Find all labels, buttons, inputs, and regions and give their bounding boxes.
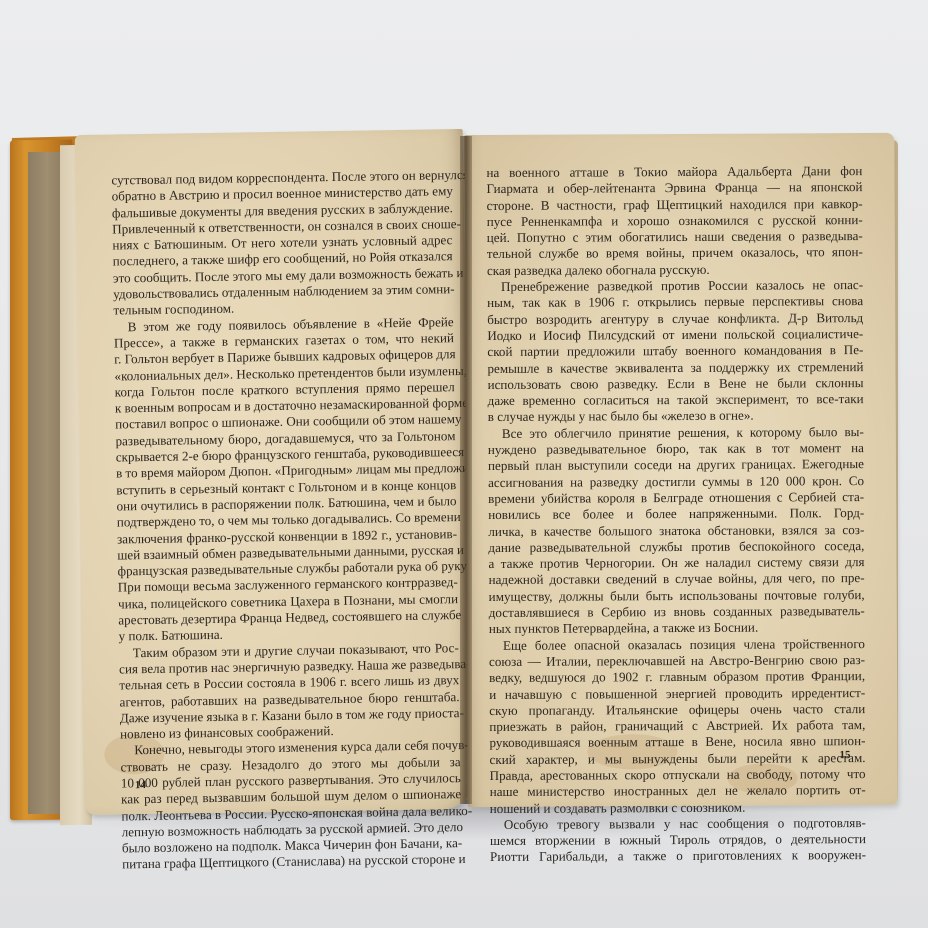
text-line: стороне. В частности, граф Щептицкий нах…: [487, 196, 863, 214]
text-line: наше министерство иностранных дел не жел…: [490, 782, 866, 800]
text-line: и начавшую с повышенной энергией проводи…: [489, 685, 865, 703]
text-line: Особую тревогу вызвали у нас сообщения о…: [490, 815, 866, 833]
text-line: Правда, арестованных скоро отпускали на …: [490, 766, 866, 784]
text-line: ская разведка далеко обогнала русскую.: [487, 261, 863, 279]
text-line: дание разведывательной службы против бес…: [488, 538, 864, 556]
text-line: ремышле в качестве эквивалента за поддер…: [487, 359, 863, 377]
text-line: шемся вторжении в южный Тироль отрядов, …: [490, 831, 866, 849]
text-line: ведку, ведшуюся до 1902 г. главным образ…: [489, 668, 865, 686]
text-line: личка, в качестве большого знатока обста…: [488, 522, 864, 540]
text-line: доставлявшиеся в Сербию из вновь созданн…: [489, 603, 865, 621]
right-page: на военного атташе в Токио майора Адальб…: [464, 133, 898, 807]
page-number-left: 14: [135, 779, 146, 791]
book-gutter: [460, 136, 472, 804]
text-line: тельной службе во время войны, причем ок…: [487, 245, 863, 263]
text-line: ных пунктов Петервардейна, а также из Бо…: [489, 619, 865, 637]
text-line: Все это облегчило принятие решения, к ко…: [488, 424, 864, 442]
text-line: скую пропаганду. Итальянские офицеры оче…: [489, 701, 865, 719]
text-line: союза — Италии, переключавшей на Австро-…: [489, 652, 865, 670]
text-line: ский характер, и мы вынуждены были перей…: [489, 750, 865, 768]
text-line: ассигнования на разведку достигли суммы …: [488, 473, 864, 491]
text-line: ской партии предложили штабу военного ко…: [487, 342, 863, 360]
page-number-right: 15: [839, 749, 850, 761]
text-line: быстро возродить агентуру в случае конфл…: [487, 310, 863, 328]
text-line: использовать свою разведку. Если в Вене …: [488, 375, 864, 393]
text-line: цей. Попутно с этим обогатились наши све…: [487, 228, 863, 246]
text-line: руководившаяся военным атташе в Вене, но…: [489, 733, 865, 751]
text-line: а также против Черногории. Он же наладил…: [488, 554, 864, 572]
left-page-text: сутствовал под видом корреспондента. Пос…: [111, 167, 462, 873]
text-line: Гиармата и обер-лейтенанта Эрвина Франца…: [486, 179, 862, 197]
text-line: Еще более опасной оказалась позиция член…: [489, 636, 865, 654]
text-line: нуждено разведывательное бюро, так как в…: [488, 440, 864, 458]
text-line: Пренебрежение разведкой против России ка…: [487, 277, 863, 295]
text-line: даже временно согласиться на такой экспе…: [488, 391, 864, 409]
text-line: Риотти Гарибальди, а также о приготовлен…: [490, 848, 866, 866]
text-line: ношений и создавать размолвки с союзнико…: [490, 799, 866, 817]
text-line: первый план выступили соседи на других г…: [488, 456, 864, 474]
text-line: имуществу, должны были быть использованы…: [489, 587, 865, 605]
text-line: приезжать в район, граничащий с Австрией…: [489, 717, 865, 735]
text-line: времени убийства короля в Белграде отнош…: [488, 489, 864, 507]
text-line: Иодко и Иосиф Пилсудский от имени польск…: [487, 326, 863, 344]
right-page-text: на военного атташе в Токио майора Адальб…: [486, 163, 866, 866]
text-line: новились все более и более напряженными.…: [488, 505, 864, 523]
left-page: сутствовал под видом корреспондента. Пос…: [75, 129, 474, 815]
text-line: в случае нужды у нас было бы «железо в о…: [488, 407, 864, 425]
text-line: на военного атташе в Токио майора Адальб…: [486, 163, 862, 181]
photo-scene: сутствовал под видом корреспондента. Пос…: [0, 0, 928, 928]
text-line: надежной доставки сведений в случае войн…: [489, 570, 865, 588]
text-line: пусе Ренненкампфа и хорошо ознакомился с…: [487, 212, 863, 230]
text-line: ным, так как в 1906 г. открылись первые …: [487, 293, 863, 311]
